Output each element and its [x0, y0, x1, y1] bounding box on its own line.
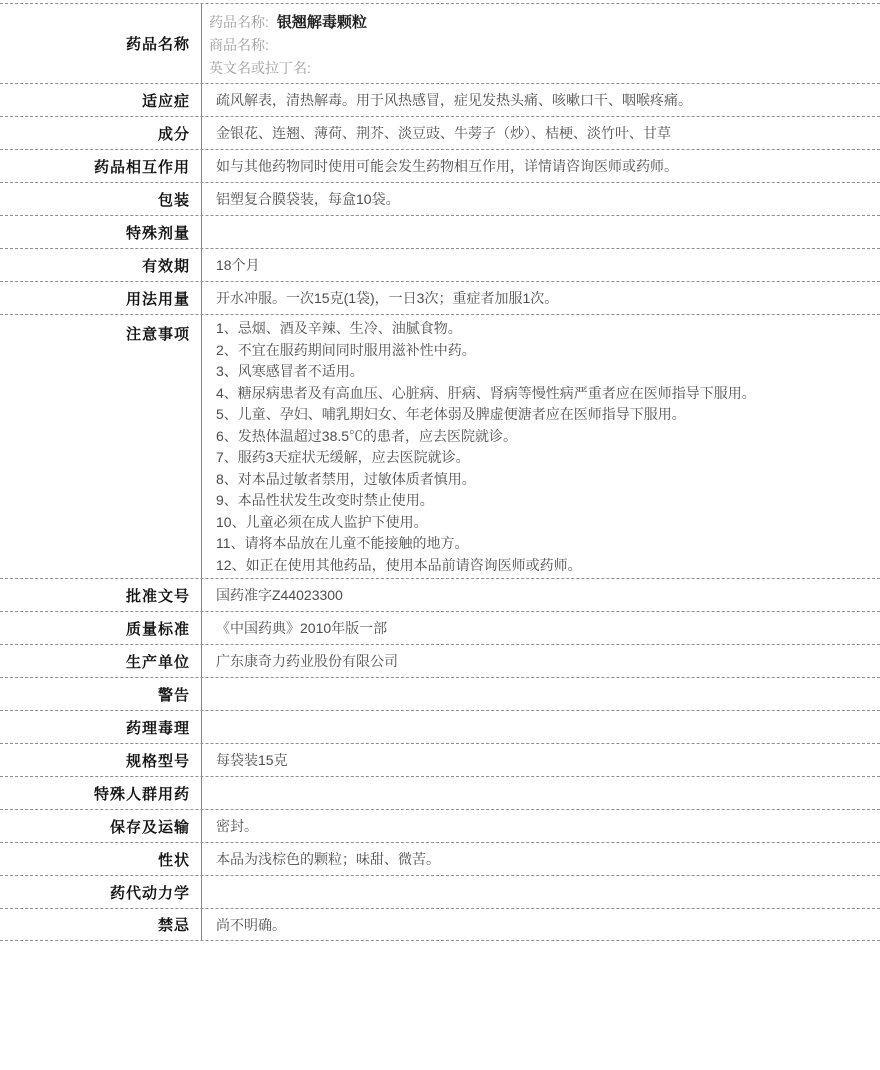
row-value: 铝塑复合膜袋装，每盒10袋。 [216, 189, 400, 209]
row-label: 有效期 [0, 249, 202, 281]
drug-name-line: 药品名称:银翘解毒颗粒 [209, 11, 870, 34]
row-value: 开水冲服。一次15克(1袋)，一日3次；重症者加服1次。 [216, 288, 558, 308]
table-row: 特殊剂量 [0, 215, 880, 248]
table-row: 包装铝塑复合膜袋装，每盒10袋。 [0, 182, 880, 215]
table-row: 注意事项1、忌烟、酒及辛辣、生冷、油腻食物。2、不宜在服药期间同时服用滋补性中药… [0, 314, 880, 578]
trade-name-key: 商品名称: [209, 37, 269, 53]
row-label: 禁忌 [0, 909, 202, 940]
table-row: 禁忌尚不明确。 [0, 908, 880, 941]
row-label: 警告 [0, 678, 202, 710]
table-row: 有效期18个月 [0, 248, 880, 281]
table-row: 成分金银花、连翘、薄荷、荆芥、淡豆豉、牛蒡子（炒）、桔梗、淡竹叶、甘草 [0, 116, 880, 149]
drug-info-table: 药品名称 药品名称:银翘解毒颗粒 商品名称: 英文名或拉丁名: 适应症疏风解表，… [0, 3, 880, 941]
note-item: 8、对本品过敏者禁用，过敏体质者慎用。 [216, 469, 870, 491]
note-item: 6、发热体温超过38.5℃的患者，应去医院就诊。 [216, 426, 870, 448]
row-label: 成分 [0, 117, 202, 149]
row-value: 金银花、连翘、薄荷、荆芥、淡豆豉、牛蒡子（炒）、桔梗、淡竹叶、甘草 [216, 123, 671, 143]
drug-info-page: 药品名称 药品名称:银翘解毒颗粒 商品名称: 英文名或拉丁名: 适应症疏风解表，… [0, 0, 880, 1070]
row-content [202, 876, 880, 908]
english-name-line: 英文名或拉丁名: [209, 57, 870, 80]
trade-name-line: 商品名称: [209, 34, 870, 57]
table-row: 保存及运输密封。 [0, 809, 880, 842]
table-row: 药代动力学 [0, 875, 880, 908]
table-row: 药理毒理 [0, 710, 880, 743]
note-item: 9、本品性状发生改变时禁止使用。 [216, 490, 870, 512]
row-content: 1、忌烟、酒及辛辣、生冷、油腻食物。2、不宜在服药期间同时服用滋补性中药。3、风… [202, 315, 880, 578]
row-label: 适应症 [0, 84, 202, 116]
row-content: 《中国药典》2010年版一部 [202, 612, 880, 644]
table-row: 特殊人群用药 [0, 776, 880, 809]
row-value: 每袋装15克 [216, 750, 288, 770]
table-row: 药品相互作用如与其他药物同时使用可能会发生药物相互作用，详情请咨询医师或药师。 [0, 149, 880, 182]
row-value: 本品为浅棕色的颗粒；味甜、微苦。 [216, 849, 440, 869]
row-content: 如与其他药物同时使用可能会发生药物相互作用，详情请咨询医师或药师。 [202, 150, 880, 182]
row-label: 注意事项 [0, 315, 202, 578]
row-content [202, 777, 880, 809]
row-value: 密封。 [216, 816, 258, 836]
note-item: 1、忌烟、酒及辛辣、生冷、油腻食物。 [216, 318, 870, 340]
note-item: 10、儿童必须在成人监护下使用。 [216, 512, 870, 534]
row-content: 开水冲服。一次15克(1袋)，一日3次；重症者加服1次。 [202, 282, 880, 314]
note-item: 4、糖尿病患者及有高血压、心脏病、肝病、肾病等慢性病严重者应在医师指导下服用。 [216, 383, 870, 405]
row-label: 质量标准 [0, 612, 202, 644]
row-content: 广东康奇力药业股份有限公司 [202, 645, 880, 677]
row-content: 密封。 [202, 810, 880, 842]
row-content: 18个月 [202, 249, 880, 281]
table-row: 警告 [0, 677, 880, 710]
table-row: 用法用量开水冲服。一次15克(1袋)，一日3次；重症者加服1次。 [0, 281, 880, 314]
row-content: 国药准字Z44023300 [202, 579, 880, 611]
row-content [202, 711, 880, 743]
row-label: 药品相互作用 [0, 150, 202, 182]
table-row: 性状本品为浅棕色的颗粒；味甜、微苦。 [0, 842, 880, 875]
row-content: 金银花、连翘、薄荷、荆芥、淡豆豉、牛蒡子（炒）、桔梗、淡竹叶、甘草 [202, 117, 880, 149]
row-value: 如与其他药物同时使用可能会发生药物相互作用，详情请咨询医师或药师。 [216, 156, 678, 176]
note-item: 12、如正在使用其他药品，使用本品前请咨询医师或药师。 [216, 555, 870, 577]
row-label: 规格型号 [0, 744, 202, 776]
table-row-drug-name: 药品名称 药品名称:银翘解毒颗粒 商品名称: 英文名或拉丁名: [0, 3, 880, 83]
table-row: 质量标准《中国药典》2010年版一部 [0, 611, 880, 644]
row-content: 尚不明确。 [202, 909, 880, 940]
row-label: 特殊人群用药 [0, 777, 202, 809]
table-row: 适应症疏风解表，清热解毒。用于风热感冒，症见发热头痛、咳嗽口干、咽喉疼痛。 [0, 83, 880, 116]
row-value: 18个月 [216, 255, 260, 275]
row-label: 生产单位 [0, 645, 202, 677]
drug-name-value: 银翘解毒颗粒 [277, 14, 367, 31]
row-label: 药理毒理 [0, 711, 202, 743]
row-label: 包装 [0, 183, 202, 215]
row-content: 本品为浅棕色的颗粒；味甜、微苦。 [202, 843, 880, 875]
note-item: 2、不宜在服药期间同时服用滋补性中药。 [216, 340, 870, 362]
row-content [202, 216, 880, 248]
row-content: 疏风解表，清热解毒。用于风热感冒，症见发热头痛、咳嗽口干、咽喉疼痛。 [202, 84, 880, 116]
row-label: 保存及运输 [0, 810, 202, 842]
row-value: 疏风解表，清热解毒。用于风热感冒，症见发热头痛、咳嗽口干、咽喉疼痛。 [216, 90, 692, 110]
row-value: 广东康奇力药业股份有限公司 [216, 651, 398, 671]
row-label: 特殊剂量 [0, 216, 202, 248]
drug-name-key: 药品名称: [209, 14, 269, 30]
row-value: 《中国药典》2010年版一部 [216, 618, 387, 638]
row-label: 用法用量 [0, 282, 202, 314]
row-label: 药代动力学 [0, 876, 202, 908]
note-item: 11、请将本品放在儿童不能接触的地方。 [216, 533, 870, 555]
row-label: 批准文号 [0, 579, 202, 611]
table-row: 规格型号每袋装15克 [0, 743, 880, 776]
table-row: 生产单位广东康奇力药业股份有限公司 [0, 644, 880, 677]
row-value: 尚不明确。 [216, 915, 286, 935]
row-content: 铝塑复合膜袋装，每盒10袋。 [202, 183, 880, 215]
row-content-drug-name: 药品名称:银翘解毒颗粒 商品名称: 英文名或拉丁名: [202, 4, 880, 83]
row-value: 国药准字Z44023300 [216, 585, 343, 605]
table-row: 批准文号国药准字Z44023300 [0, 578, 880, 611]
note-item: 5、儿童、孕妇、哺乳期妇女、年老体弱及脾虚便溏者应在医师指导下服用。 [216, 404, 870, 426]
row-content: 每袋装15克 [202, 744, 880, 776]
note-item: 7、服药3天症状无缓解，应去医院就诊。 [216, 447, 870, 469]
english-name-key: 英文名或拉丁名: [209, 60, 311, 76]
row-content [202, 678, 880, 710]
row-label-drug-name: 药品名称 [0, 4, 202, 83]
row-label: 性状 [0, 843, 202, 875]
note-item: 3、风寒感冒者不适用。 [216, 361, 870, 383]
